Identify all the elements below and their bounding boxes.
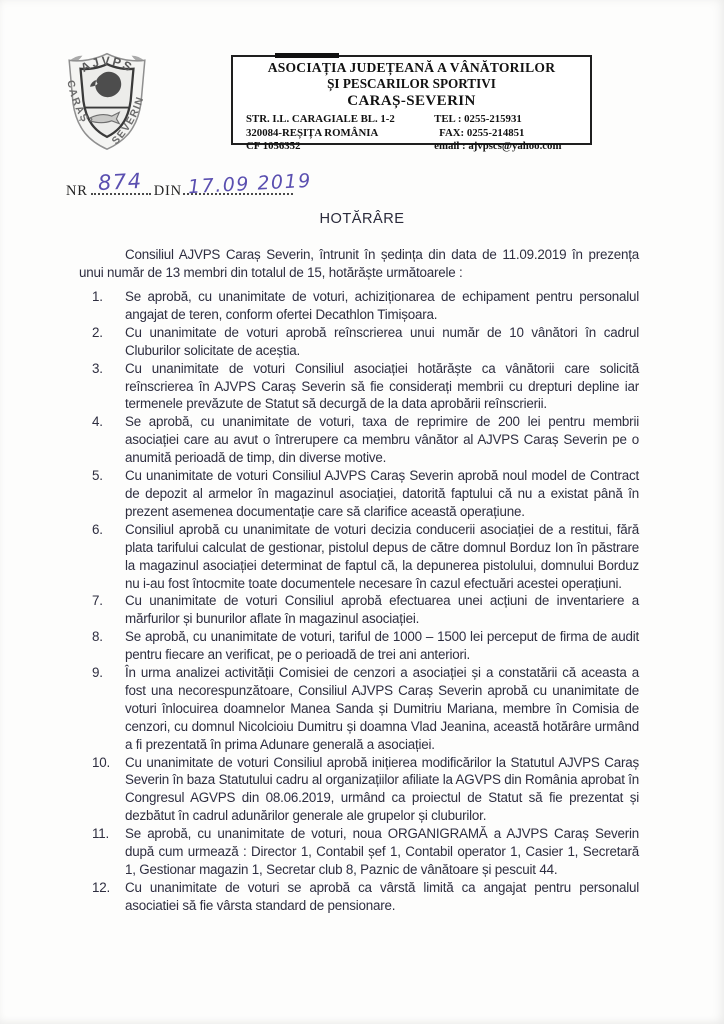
contact-block: TEL : 0255-215931 FAX: 0255-214851 email… xyxy=(434,113,582,154)
item-text: Cu unanimitate de voturi Consiliul asoci… xyxy=(125,361,639,412)
decision-item-7: 7.Cu unanimitate de voturi Consiliul apr… xyxy=(92,592,639,628)
scan-artifact xyxy=(275,53,339,58)
item-number: 7. xyxy=(92,592,103,610)
org-name-line-2: ȘI PESCARILOR SPORTIVI xyxy=(233,76,590,92)
item-number: 3. xyxy=(92,360,103,378)
decision-item-3: 3.Cu unanimitate de voturi Consiliul aso… xyxy=(92,360,639,414)
document-page: AJVPS CARAȘ SEVERIN ASOCIAȚIA JUDEȚEANĂ … xyxy=(0,0,724,1024)
decision-item-12: 12.Cu unanimitate de voturi se aprobă ca… xyxy=(92,879,639,915)
item-number: 4. xyxy=(92,413,103,431)
din-dotted-field: 17.09 2019 xyxy=(183,183,293,195)
decision-item-11: 11.Se aprobă, cu unanimitate de voturi, … xyxy=(92,825,639,879)
item-text: Se aprobă, cu unanimitate de voturi, tar… xyxy=(125,629,639,662)
din-label: DIN xyxy=(154,183,182,199)
item-number: 8. xyxy=(92,628,103,646)
document-title: HOTĂRÂRE xyxy=(0,211,724,227)
org-name-line-1: ASOCIAȚIA JUDEȚEANĂ A VÂNĂTORILOR xyxy=(233,60,590,76)
item-text: Se aprobă, cu unanimitate de voturi, tax… xyxy=(125,414,639,465)
handwritten-number: 874 xyxy=(97,169,143,195)
letterhead-box: ASOCIAȚIA JUDEȚEANĂ A VÂNĂTORILOR ȘI PES… xyxy=(231,55,592,145)
item-text: Cu unanimitate de voturi Consiliul aprob… xyxy=(125,755,639,824)
item-text: Se aprobă, cu unanimitate de voturi, ach… xyxy=(125,289,639,322)
decision-list: 1.Se aprobă, cu unanimitate de voturi, a… xyxy=(92,288,639,915)
decision-item-4: 4.Se aprobă, cu unanimitate de voturi, t… xyxy=(92,413,639,467)
item-text: Cu unanimitate de voturi aprobă reînscri… xyxy=(125,325,639,358)
association-logo: AJVPS CARAȘ SEVERIN xyxy=(58,48,156,152)
item-text: Cu unanimitate de voturi se aprobă ca vâ… xyxy=(125,880,639,913)
city-line: 320084-REȘIȚA ROMÂNIA xyxy=(246,127,434,141)
nr-label: NR xyxy=(66,183,88,199)
decision-item-2: 2.Cu unanimitate de voturi aprobă reînsc… xyxy=(92,324,639,360)
item-number: 10. xyxy=(92,754,110,772)
item-text: Cu unanimitate de voturi Consiliul aprob… xyxy=(125,593,639,626)
item-number: 12. xyxy=(92,879,110,897)
item-text: Consiliul aprobă cu unanimitate de votur… xyxy=(125,522,639,591)
cf-line: CF 1056352 xyxy=(246,140,434,154)
decision-item-8: 8.Se aprobă, cu unanimitate de voturi, t… xyxy=(92,628,639,664)
item-number: 11. xyxy=(92,825,109,843)
item-number: 1. xyxy=(92,288,103,306)
intro-paragraph: Consiliul AJVPS Caraș Severin, întrunit … xyxy=(79,246,639,282)
decision-item-5: 5.Cu unanimitate de voturi Consiliul AJV… xyxy=(92,467,639,521)
handwritten-date: 17.09 2019 xyxy=(187,170,312,198)
reference-line: NR874DIN17.09 2019 xyxy=(66,183,293,200)
association-crest-icon: AJVPS CARAȘ SEVERIN xyxy=(58,48,156,152)
fax-line: FAX: 0255-214851 xyxy=(434,127,582,141)
decision-item-9: 9.În urma analizei activității Comisiei … xyxy=(92,664,639,754)
street-line: STR. I.L. CARAGIALE BL. 1-2 xyxy=(246,113,434,127)
org-name-line-3: CARAȘ-SEVERIN xyxy=(233,93,590,110)
decision-item-1: 1.Se aprobă, cu unanimitate de voturi, a… xyxy=(92,288,639,324)
item-number: 9. xyxy=(92,664,103,682)
tel-line: TEL : 0255-215931 xyxy=(434,113,582,127)
item-text: În urma analizei activității Comisiei de… xyxy=(125,665,639,752)
item-number: 2. xyxy=(92,324,103,342)
email-line: email : ajvpscs@yahoo.com xyxy=(434,140,582,154)
address-block: STR. I.L. CARAGIALE BL. 1-2 320084-REȘIȚ… xyxy=(246,113,434,154)
decision-item-10: 10.Cu unanimitate de voturi Consiliul ap… xyxy=(92,754,639,826)
nr-dotted-field: 874 xyxy=(91,183,151,195)
item-text: Cu unanimitate de voturi Consiliul AJVPS… xyxy=(125,468,639,519)
decision-item-6: 6.Consiliul aprobă cu unanimitate de vot… xyxy=(92,521,639,593)
item-number: 6. xyxy=(92,521,103,539)
item-text: Se aprobă, cu unanimitate de voturi, nou… xyxy=(125,826,639,877)
item-number: 5. xyxy=(92,467,103,485)
